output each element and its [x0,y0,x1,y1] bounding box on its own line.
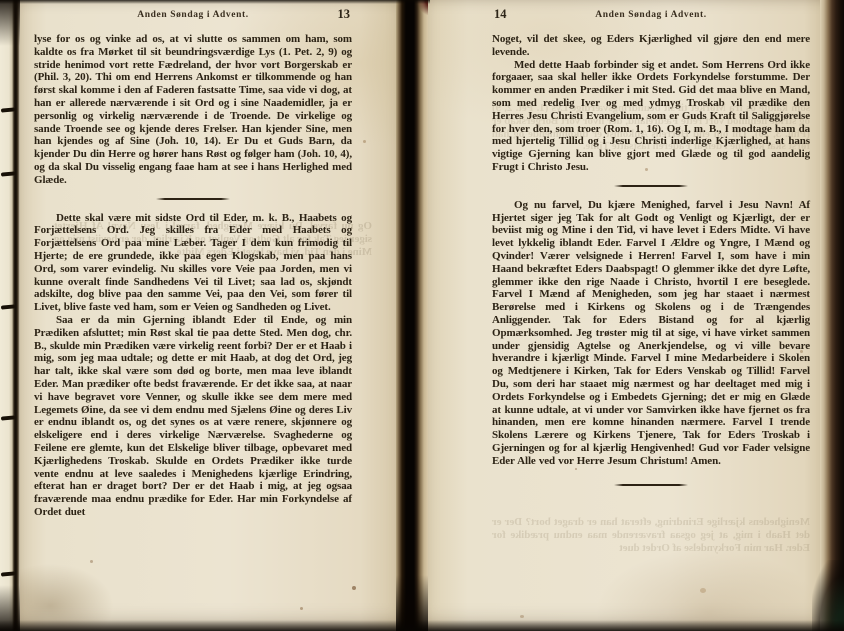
left-page: Og nu farvel, Du kjære Menighed, farvel … [20,0,398,631]
book-scan: { "pages": { "left": { "number": "13", "… [0,0,844,631]
right-page: som kaldte os fra Mørket til sit beundri… [428,0,828,631]
body-paragraph: Saa er da min Gjerning iblandt Eder til … [34,314,352,519]
running-title: Anden Søndag i Advent. [34,7,352,20]
running-head: Anden Søndag i Advent. 13 [34,7,352,29]
right-page-text-column: 14 Anden Søndag i Advent. Noget, vil det… [492,7,810,498]
running-title: Anden Søndag i Advent. [492,7,810,20]
binding-deckle-edge [0,0,20,631]
page-number: 13 [338,7,351,22]
body-paragraph: lyse for os og vinke ad os, at vi slutte… [34,33,352,187]
page-body: Noget, vil det skee, og Eders Kjærlighed… [492,33,810,486]
bleedthrough-text: Menighedens kjærlige Erindring, efterat … [492,516,810,594]
fore-edge [820,0,844,631]
page-body: lyse for os og vinke ad os, at vi slutte… [34,33,352,519]
book-photo: Og nu farvel, Du kjære Menighed, farvel … [0,0,844,631]
edge-shadow [0,620,844,631]
section-divider [156,198,230,200]
page-number: 14 [494,7,507,22]
body-paragraph: Og nu farvel, Du kjære Menighed, farvel … [492,199,810,468]
body-paragraph: Med dette Haab forbinder sig et andet. S… [492,59,810,174]
left-page-text-column: Anden Søndag i Advent. 13 lyse for os og… [34,7,352,519]
section-divider [614,185,688,187]
body-paragraph: Dette skal være mit sidste Ord til Eder,… [34,212,352,314]
edge-shadow [0,0,430,4]
body-paragraph: Noget, vil det skee, og Eders Kjærlighed… [492,33,810,59]
section-divider [614,484,688,486]
edge-shadow [0,0,20,46]
running-head: 14 Anden Søndag i Advent. [492,7,810,29]
